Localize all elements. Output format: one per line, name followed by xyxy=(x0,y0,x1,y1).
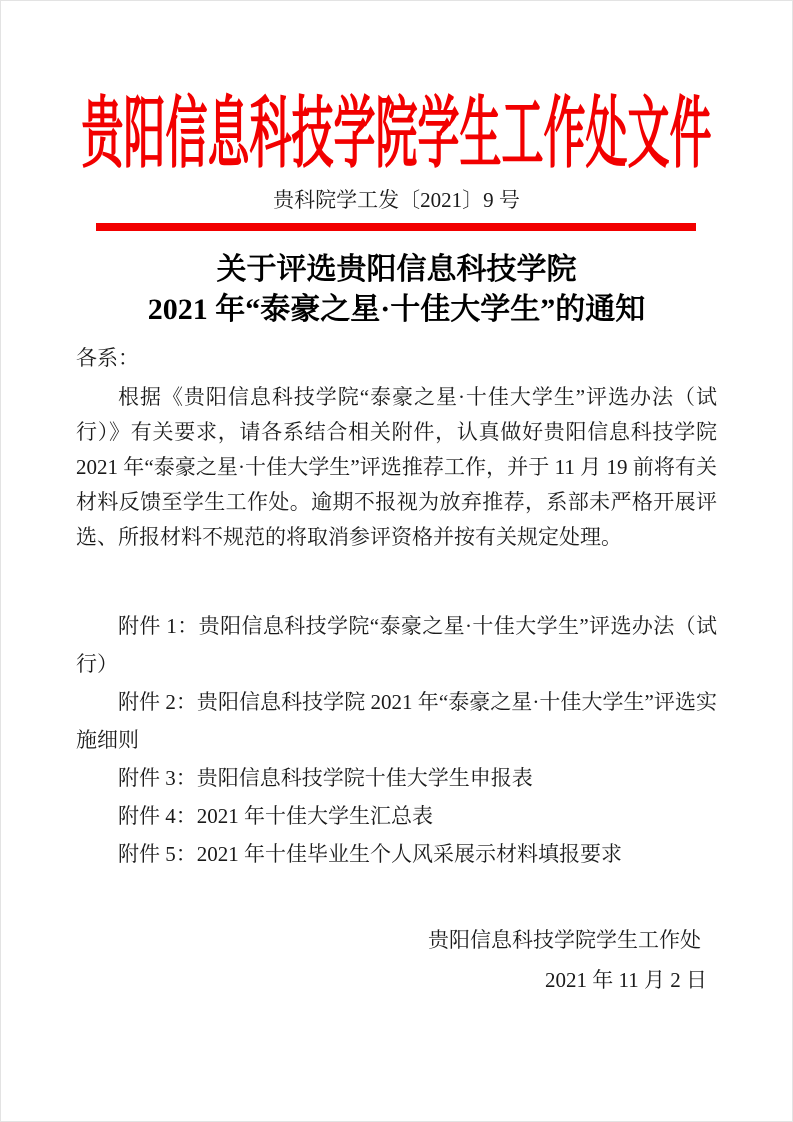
document-number: 贵科院学工发〔2021〕9 号 xyxy=(1,187,792,213)
attachment-item-1: 附件 1：贵阳信息科技学院“泰豪之星·十佳大学生”评选办法（试行） xyxy=(76,607,717,683)
attachment-item-5: 附件 5：2021 年十佳毕业生个人风采展示材料填报要求 xyxy=(76,835,717,873)
attachment-item-4: 附件 4：2021 年十佳大学生汇总表 xyxy=(76,797,717,835)
document-masthead-title: 贵阳信息科技学院学生工作处文件 xyxy=(1,97,792,175)
body-paragraph: 根据《贵阳信息科技学院“泰豪之星·十佳大学生”评选办法（试行）》有关要求，请各系… xyxy=(76,380,717,555)
document-title: 关于评选贵阳信息科技学院 2021 年“泰豪之星·十佳大学生”的通知 xyxy=(1,250,792,330)
issuing-department: 贵阳信息科技学院学生工作处 xyxy=(428,920,701,960)
issue-date: 2021 年 11 月 2 日 xyxy=(428,960,707,1000)
attachment-item-3: 附件 3：贵阳信息科技学院十佳大学生申报表 xyxy=(76,759,717,797)
salutation: 各系： xyxy=(76,344,139,372)
attachment-list: 附件 1：贵阳信息科技学院“泰豪之星·十佳大学生”评选办法（试行） 附件 2：贵… xyxy=(76,607,717,873)
document-title-line1: 关于评选贵阳信息科技学院 xyxy=(1,250,792,290)
document-title-line2: 2021 年“泰豪之星·十佳大学生”的通知 xyxy=(1,290,792,330)
red-divider-line xyxy=(96,223,696,231)
document-page: 贵阳信息科技学院学生工作处文件 贵科院学工发〔2021〕9 号 关于评选贵阳信息… xyxy=(0,0,793,1122)
signature-block: 贵阳信息科技学院学生工作处 2021 年 11 月 2 日 xyxy=(428,920,707,1000)
attachment-item-2: 附件 2：贵阳信息科技学院 2021 年“泰豪之星·十佳大学生”评选实施细则 xyxy=(76,683,717,759)
